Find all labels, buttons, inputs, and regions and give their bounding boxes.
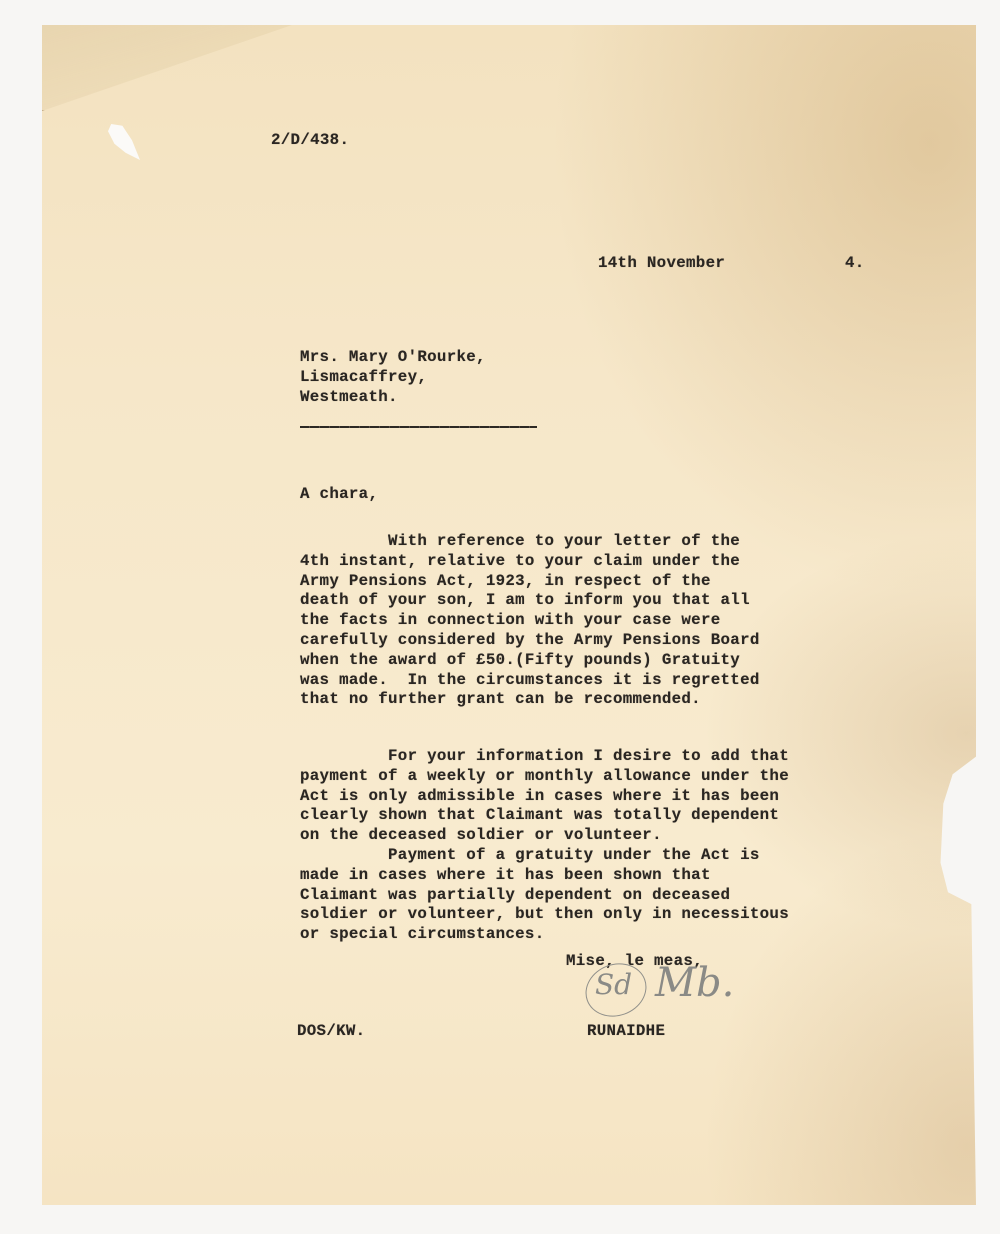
line: was made. In the circumstances it is reg…: [300, 671, 760, 689]
line: clearly shown that Claimant was totally …: [300, 806, 779, 824]
line: payment of a weekly or monthly allowance…: [300, 767, 789, 785]
line: death of your son, I am to inform you th…: [300, 591, 750, 609]
letter-date: 14th November: [598, 254, 725, 274]
line: carefully considered by the Army Pension…: [300, 631, 760, 649]
line: when the award of £50.(Fifty pounds) Gra…: [300, 651, 740, 669]
line: For your information I desire to add tha…: [300, 747, 789, 765]
line: or special circumstances.: [300, 925, 545, 943]
handwritten-signature: Sd Mb.: [585, 952, 775, 1032]
signer-title: RUNAIDHE: [587, 1022, 665, 1042]
recipient-address-line-2: Westmeath.: [300, 388, 398, 406]
line: With reference to your letter of the: [300, 532, 740, 550]
paragraph-1: With reference to your letter of the 4th…: [300, 532, 760, 710]
line: soldier or volunteer, but then only in n…: [300, 905, 789, 923]
line: that no further grant can be recommended…: [300, 690, 701, 708]
address-underline: [300, 426, 537, 428]
recipient-address: Mrs. Mary O'Rourke, Lismacaffrey, Westme…: [300, 348, 486, 407]
signature-annotation: Sd: [595, 968, 632, 1001]
signature-initials: Mb.: [655, 960, 734, 1006]
typist-initials: DOS/KW.: [297, 1022, 365, 1042]
paragraph-3: Payment of a gratuity under the Act is m…: [300, 846, 789, 945]
salutation: A chara,: [300, 485, 378, 505]
line: Act is only admissible in cases where it…: [300, 787, 779, 805]
line: made in cases where it has been shown th…: [300, 866, 711, 884]
line: Payment of a gratuity under the Act is: [300, 846, 760, 864]
recipient-address-line-1: Lismacaffrey,: [300, 368, 427, 386]
line: Claimant was partially dependent on dece…: [300, 886, 730, 904]
line: Army Pensions Act, 1923, in respect of t…: [300, 572, 711, 590]
line: on the deceased soldier or volunteer.: [300, 826, 662, 844]
recipient-name: Mrs. Mary O'Rourke,: [300, 348, 486, 366]
paragraph-2: For your information I desire to add tha…: [300, 747, 789, 846]
line: the facts in connection with your case w…: [300, 611, 721, 629]
letter-year-fragment: 4.: [845, 254, 865, 274]
line: 4th instant, relative to your claim unde…: [300, 552, 740, 570]
reference-number: 2/D/438.: [271, 131, 349, 151]
